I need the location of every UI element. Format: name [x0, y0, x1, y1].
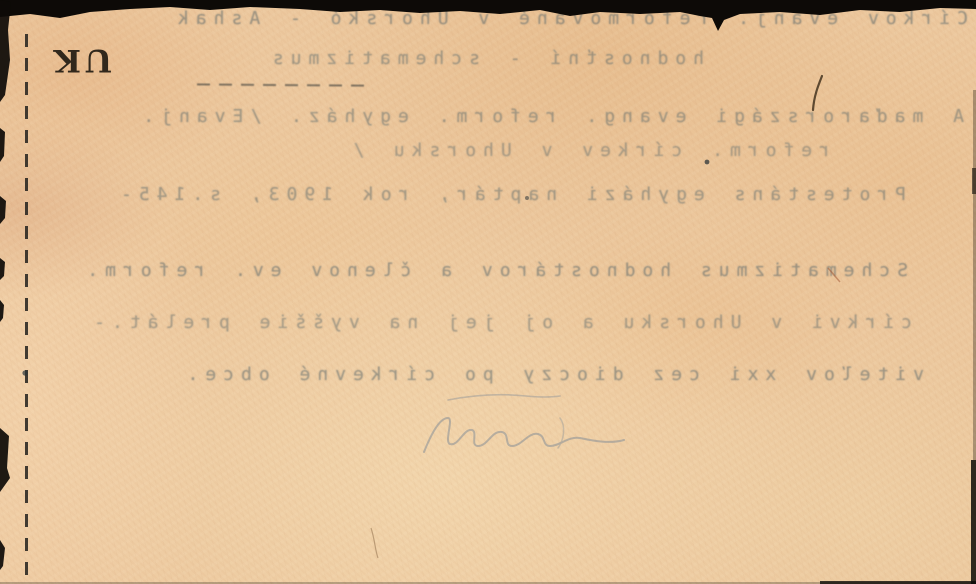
- typed-underline: [192, 83, 364, 86]
- perforation-line: [25, 34, 28, 584]
- typed-line: viteľov xxi cez dioczy po církevné obce.: [181, 364, 924, 385]
- typed-line: hodnosťní - schematizmus: [266, 48, 704, 69]
- mirrored-text-layer: Církov evanj. reformované v Uhorskó - As…: [0, 0, 976, 584]
- typed-line: Protestáns egyházi naptár, rok 1903, s.1…: [114, 184, 906, 205]
- catalog-card-scan: Církov evanj. reformované v Uhorskó - As…: [0, 0, 976, 584]
- typed-line: reform. církev v Uhorsku /: [346, 140, 830, 161]
- typed-line: Schematizmus hodnostárov a členov ev. re…: [80, 260, 908, 281]
- typed-line: Církov evanj. reformované v Uhorskó - As…: [171, 8, 968, 29]
- typed-line: A maďarországi evang. reform. egyház. /E…: [136, 106, 964, 127]
- typed-line: církvi v Uhorsku a oj jej na vyššie prel…: [87, 312, 912, 333]
- library-stamp: UK: [50, 42, 112, 78]
